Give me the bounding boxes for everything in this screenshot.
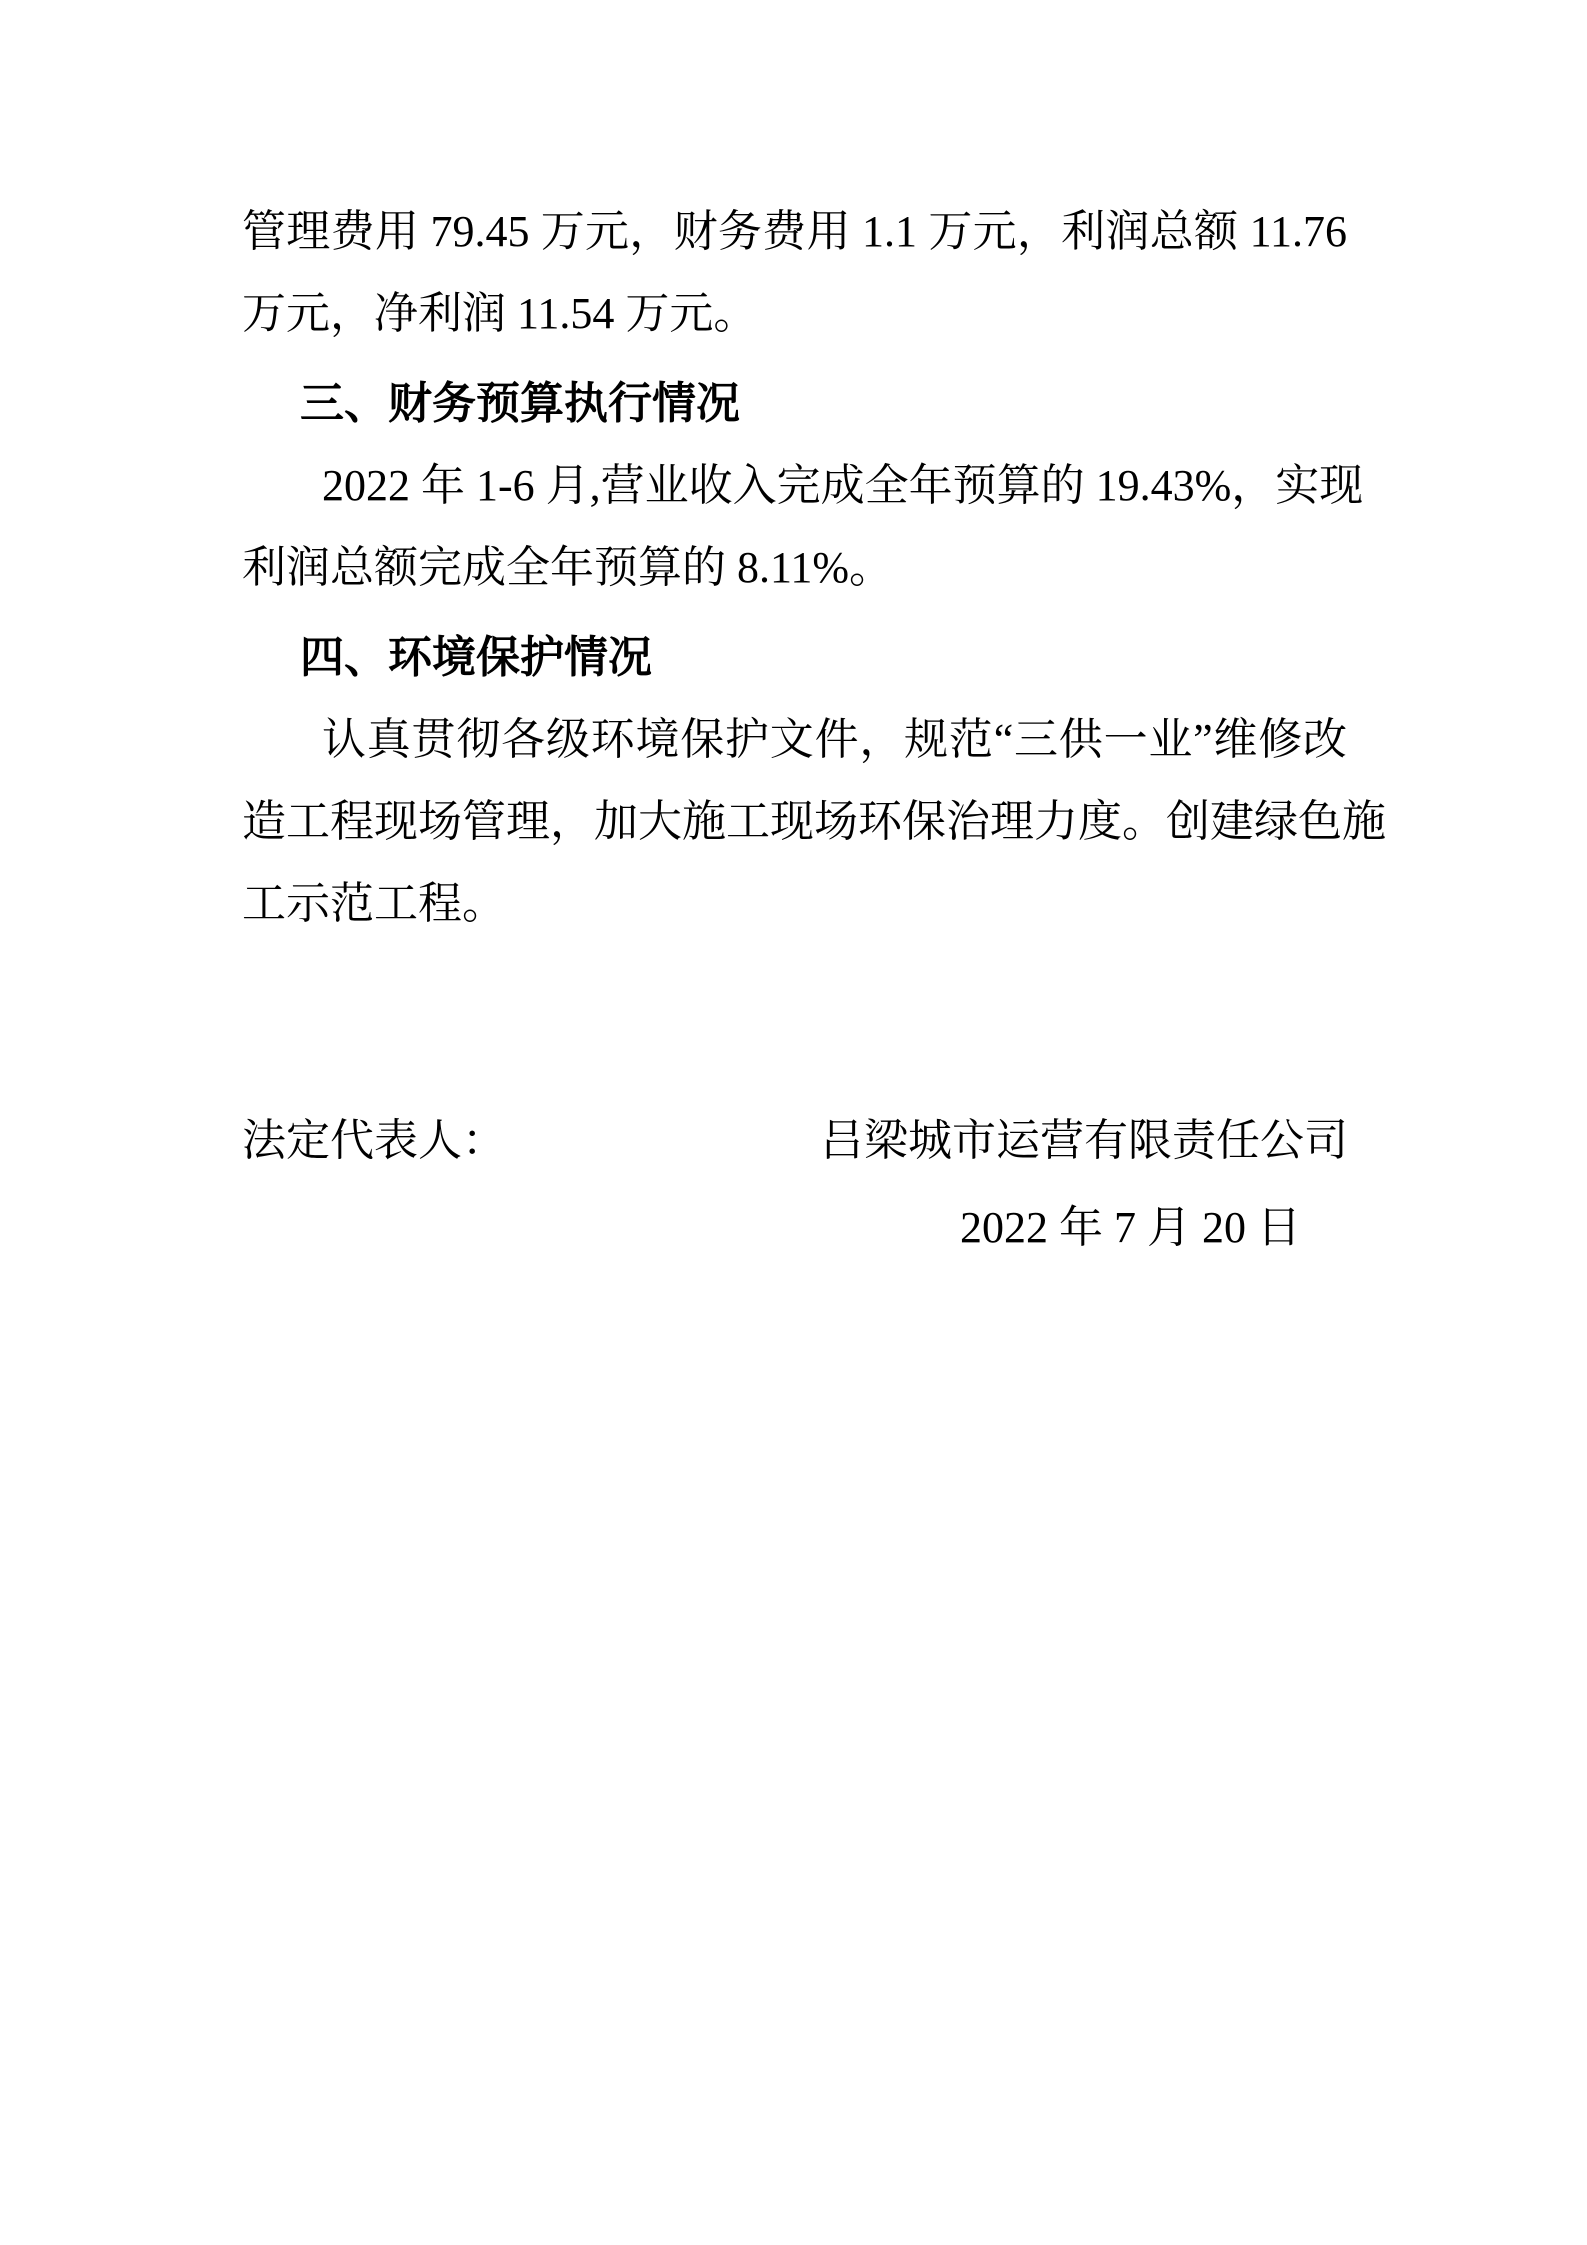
document-body: 管理费用 79.45 万元，财务费用 1.1 万元，利润总额 11.76 万元，… [242,191,1347,1269]
environment-paragraph-line-1: 认真贯彻各级环境保护文件，规范“三供一业”维修改 [242,699,1347,781]
company-name: 吕梁城市运营有限责任公司 [820,1100,1348,1182]
finance-paragraph-line-1: 管理费用 79.45 万元，财务费用 1.1 万元，利润总额 11.76 [242,191,1347,273]
section-heading-environment-protection: 四、环境保护情况 [242,617,1347,699]
document-page: 管理费用 79.45 万元，财务费用 1.1 万元，利润总额 11.76 万元，… [0,0,1587,2245]
budget-paragraph-line-1: 2022 年 1-6 月,营业收入完成全年预算的 19.43%，实现 [242,445,1347,527]
signature-block: 法定代表人： 吕梁城市运营有限责任公司 [242,1100,1347,1182]
section-heading-budget-execution: 三、财务预算执行情况 [242,363,1347,445]
finance-paragraph-line-2: 万元，净利润 11.54 万元。 [242,273,1347,355]
environment-paragraph-line-3: 工示范工程。 [242,863,1347,945]
budget-paragraph-line-2: 利润总额完成全年预算的 8.11%。 [242,527,1347,609]
environment-paragraph-line-2: 造工程现场管理，加大施工现场环保治理力度。创建绿色施 [242,781,1347,863]
legal-representative-label: 法定代表人： [242,1100,506,1182]
signature-date: 2022 年 7 月 20 日 [242,1187,1347,1269]
